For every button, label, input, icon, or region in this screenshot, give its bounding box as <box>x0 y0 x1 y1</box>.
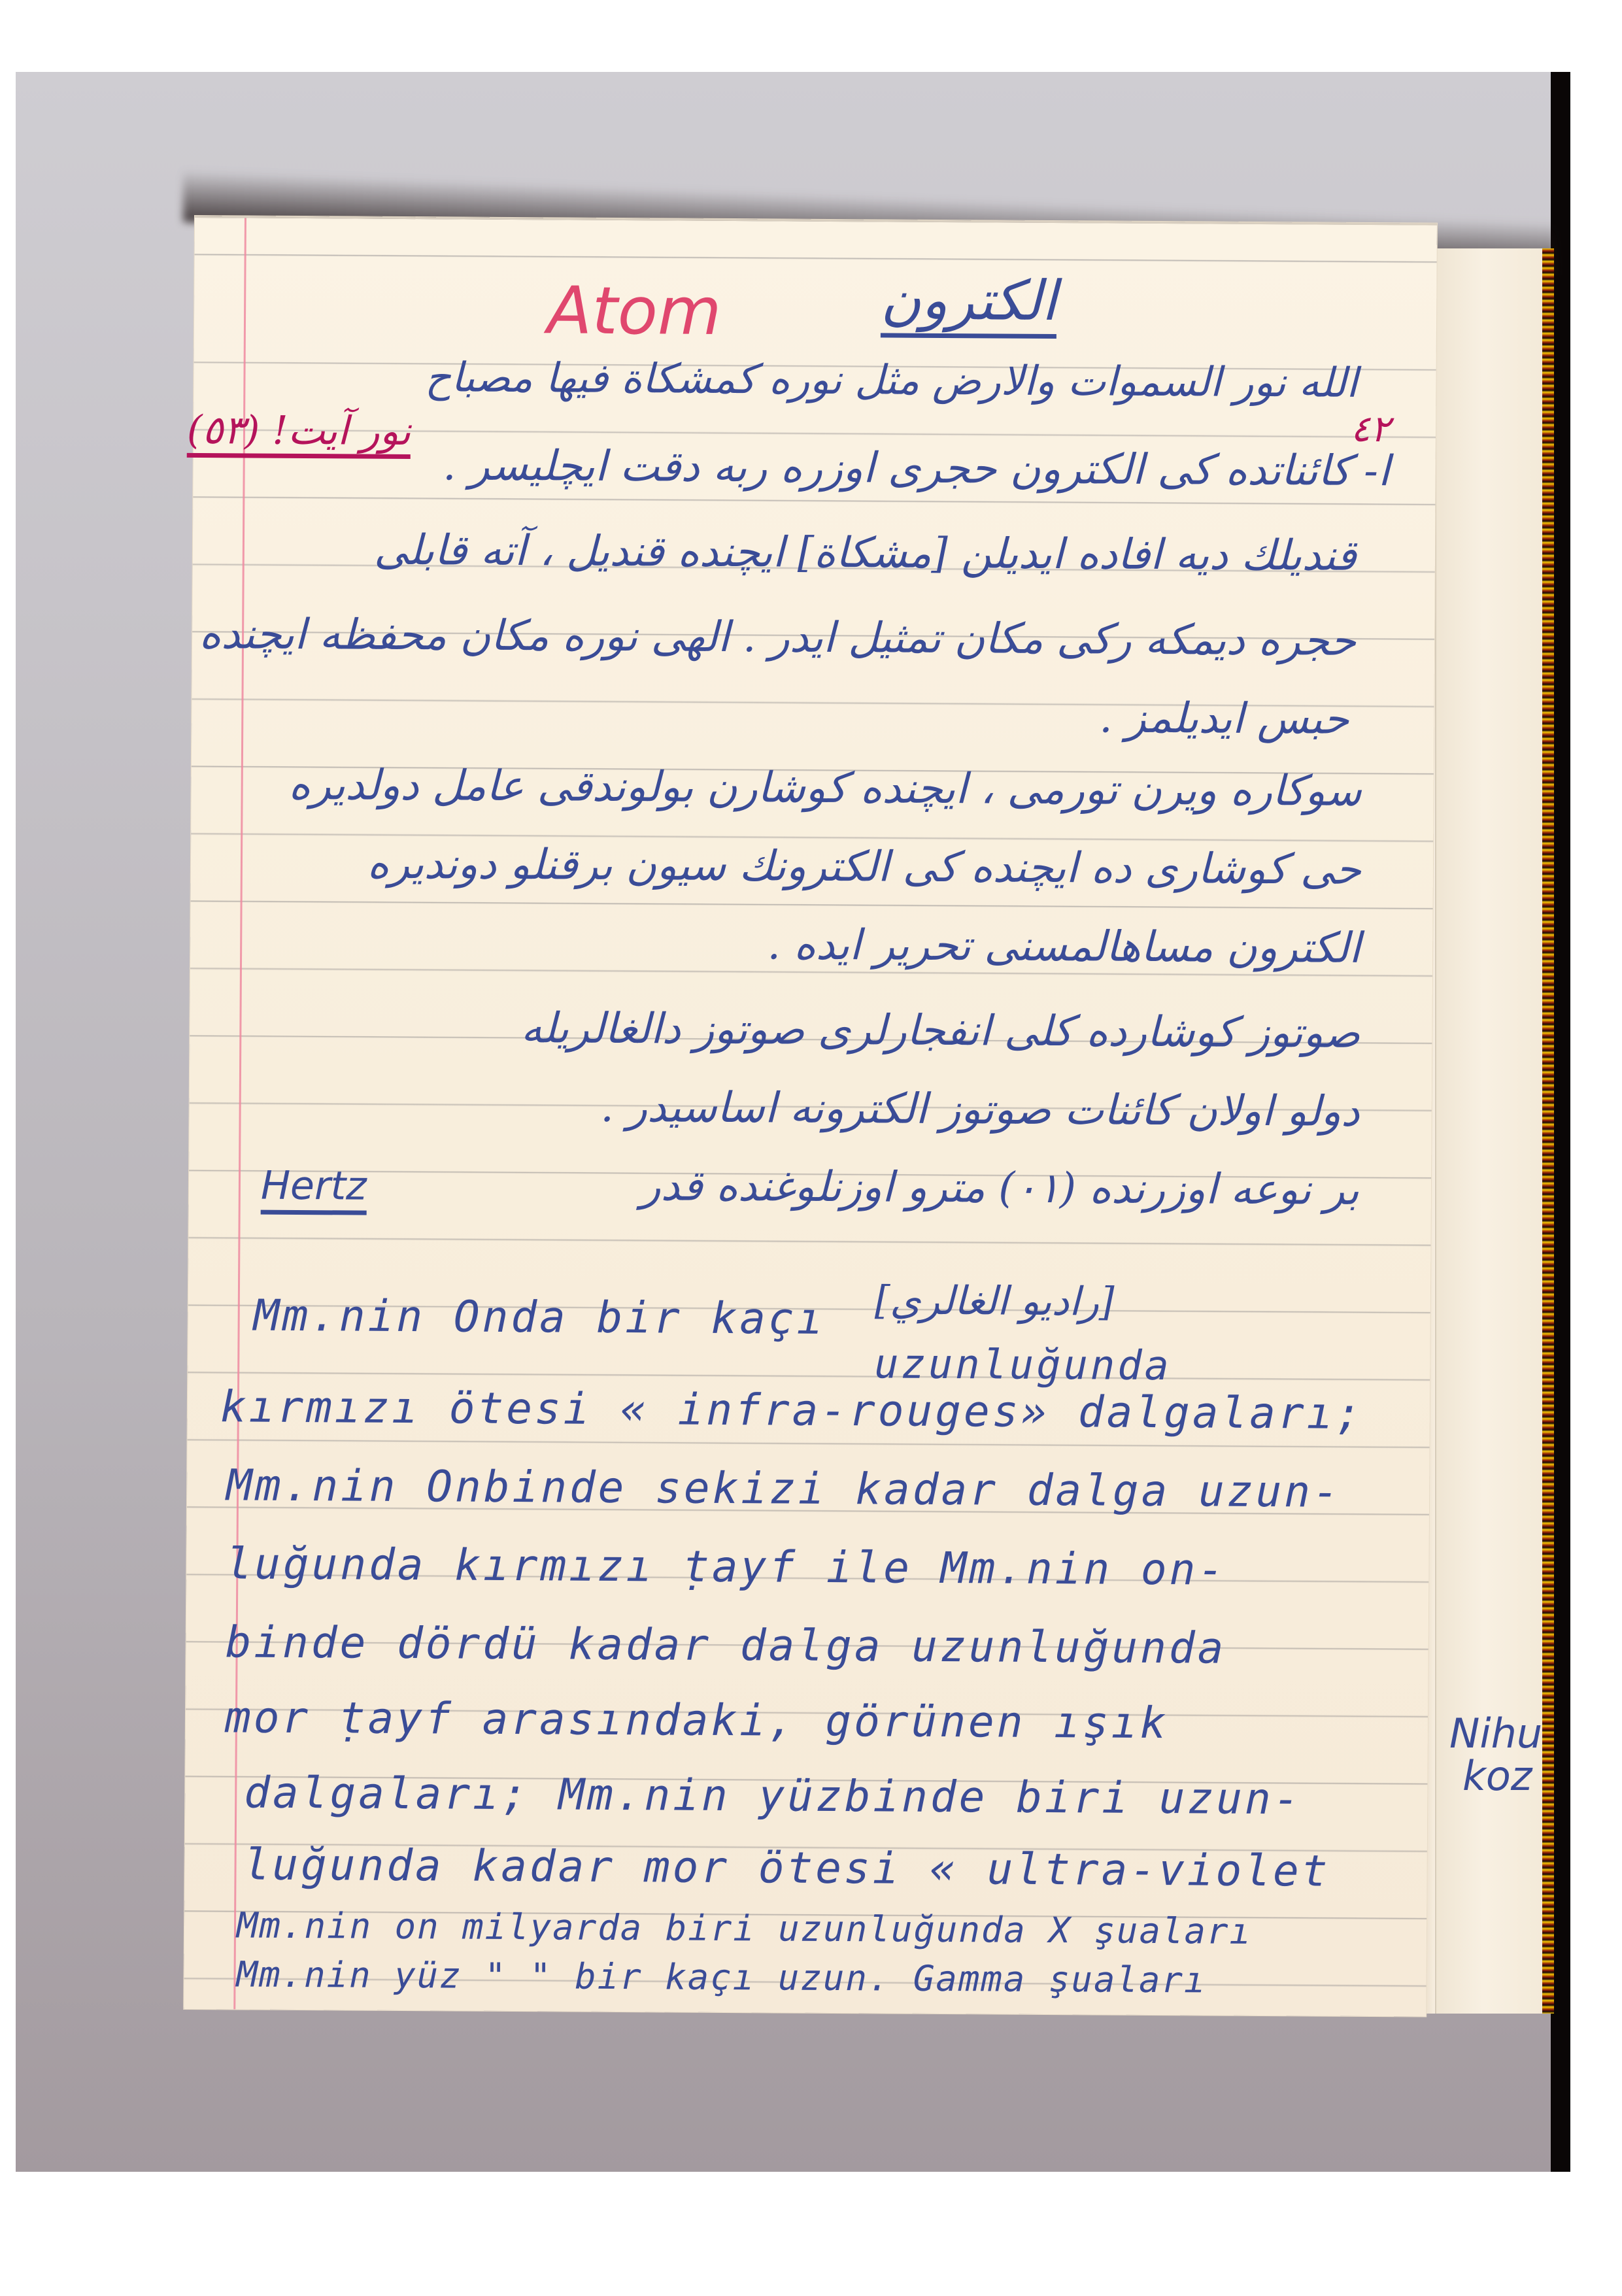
latin-line-7: dalgaları; Mm.nin yüzbinde biri uzun- <box>244 1768 1302 1825</box>
latin-line-5: binde dördü kadar dalga uzunluğunda <box>225 1617 1226 1673</box>
latin-line-9: Mm.nin on milyarda biri uzunluğunda X şu… <box>237 1904 1252 1951</box>
arabic-line-4: حجره ديمكه ركى مكان تمثيل ايدر . الهى نو… <box>251 611 1356 666</box>
arabic-line-7: حى كوشارى ده ايچنده كى الكترونك سيون برق… <box>250 839 1361 894</box>
arabic-line-9: صوتوز كوشارده كلى انفجارلرى صوتوز دالغال… <box>275 1003 1360 1058</box>
arabic-line-5: حبس ايديلمز . <box>1041 694 1349 744</box>
latin-line-6: mor ṭayf arasındaki, görünen ışık <box>225 1692 1169 1748</box>
hertz-text: Hertz <box>261 1163 367 1215</box>
latin-line-1: Mm.nin Onda bir kaçı <box>253 1291 825 1344</box>
arabic-line-8: الكترون مساهالمسنى تحرير ايده . <box>583 920 1360 973</box>
hertz-label: Hertz <box>261 1163 367 1209</box>
arabic-line-2: ا- كائناتده كى الكترون حجرى اوزره ربه دق… <box>304 441 1389 496</box>
margin-mark: ٢٤ <box>1351 408 1391 450</box>
latin-line-8: luğunda kadar mor ötesi « ultra-violet <box>243 1840 1330 1897</box>
latin-line-3: Mm.nin Onbinde sekizi kadar dalga uzun- <box>226 1460 1342 1517</box>
title-latin: Atom <box>547 272 722 350</box>
latin-line-1b: uzunluğunda <box>874 1340 1172 1389</box>
title-arabic: الكترون <box>881 267 1057 339</box>
arabic-line-3: قنديلك ديه افاده ايديلن [مشكاة] ايچنده ق… <box>252 526 1357 581</box>
notebook-page: Atom الكترون نور آيت! (٣٥) ٢٤ الله نور ا… <box>184 216 1437 2017</box>
facing-page-note-2: koz <box>1462 1752 1532 1800</box>
arabic-line-1: الله نور السموات والارض مثل نوره كمشكاة … <box>285 352 1357 407</box>
latin-line-10: Mm.nin yüz " " bir kaçı uzun. Gamma şual… <box>236 1953 1206 2001</box>
facing-page-note-1: Nihu <box>1449 1710 1542 1757</box>
latin-line-4: luğunda kırmızı ṭayf ile Mm.nin on- <box>226 1538 1226 1595</box>
arabic-line-10: دولو اولان كائنات صوتوز الكترونه اساسيدر… <box>339 1081 1359 1136</box>
arabic-line-6: سوكاره ويرن تورمى ، ايچنده كوشارن بولوند… <box>256 761 1361 816</box>
arabic-line-11: بر نوعه اوزرنده (١٠) مترو اوزنلوغنده قدر <box>555 1161 1359 1215</box>
facing-page: Nihu koz <box>1435 248 1554 2014</box>
bracket-arabic-note: [راديو الغالري] <box>875 1277 1115 1325</box>
latin-line-2: kırmızı ötesi « infra-rouges» dalgaları; <box>220 1381 1364 1439</box>
